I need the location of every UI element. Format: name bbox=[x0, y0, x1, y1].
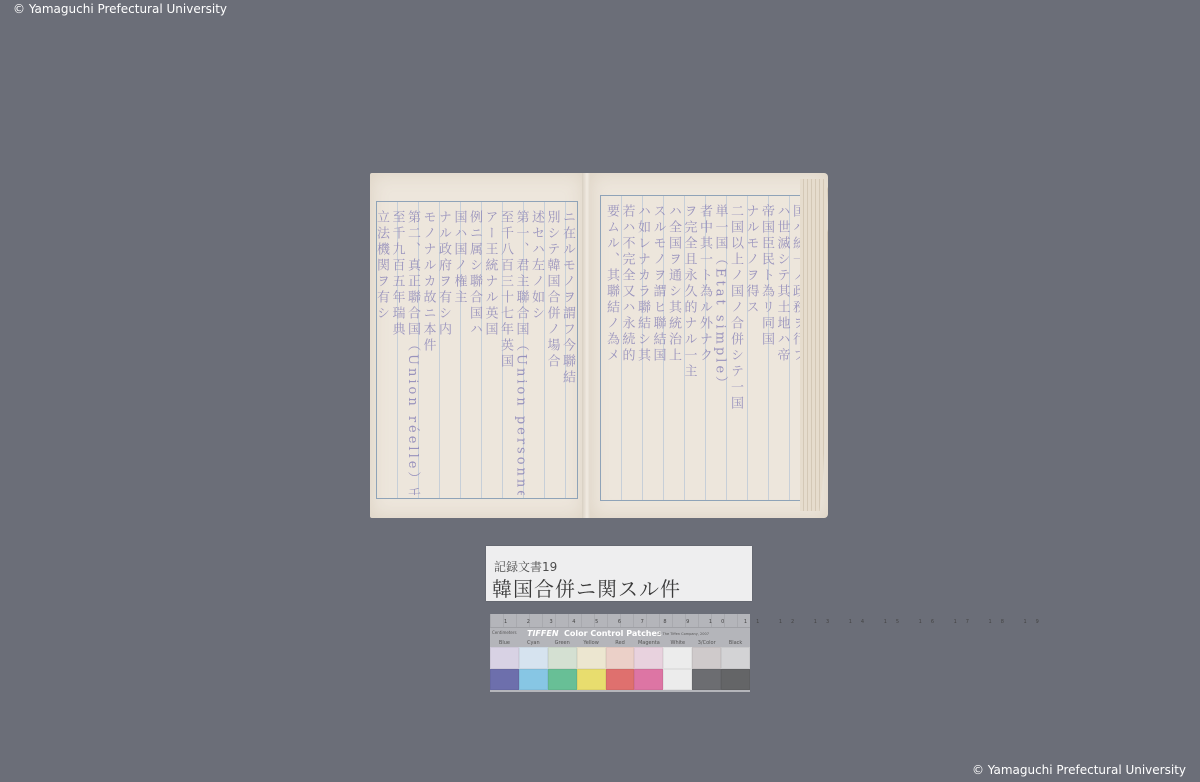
color-patch-blue bbox=[490, 647, 519, 669]
patch-name: Yellow bbox=[577, 640, 606, 647]
color-patch-3-color bbox=[692, 647, 721, 669]
patch-name: Red bbox=[606, 640, 635, 647]
copyright-credit-bottom: © Yamaguchi Prefectural University bbox=[972, 763, 1186, 777]
color-patch-green bbox=[548, 647, 577, 669]
color-patch-magenta bbox=[634, 647, 663, 669]
color-patch-yellow bbox=[577, 669, 606, 691]
patch-name: Magenta bbox=[634, 640, 663, 647]
chart-header: Centimeters TIFFEN Color Control Patches… bbox=[490, 628, 750, 640]
color-patch-red bbox=[606, 669, 635, 691]
color-control-patches: 1 2 3 4 5 6 7 8 9 10 11 12 13 14 15 16 1… bbox=[490, 614, 750, 692]
chart-name: Color Control Patches bbox=[564, 629, 662, 638]
right-page-ruled-grid: 国ハ統一ノ政務ヲ行フハ世滅シテ其土地ハ帝帝国臣民ト為リ同国ナルモノヲ得ス二国以上… bbox=[600, 195, 808, 501]
color-patch-green bbox=[548, 669, 577, 691]
label-title: 韓国合併ニ関スル件 bbox=[492, 573, 681, 602]
color-patch-3-color bbox=[692, 669, 721, 691]
color-patch-black bbox=[721, 647, 750, 669]
patch-name: White bbox=[663, 640, 692, 647]
copyright-credit-top: © Yamaguchi Prefectural University bbox=[13, 2, 227, 16]
right-page: 国ハ統一ノ政務ヲ行フハ世滅シテ其土地ハ帝帝国臣民ト為リ同国ナルモノヲ得ス二国以上… bbox=[590, 173, 828, 518]
centimeter-ruler: 1 2 3 4 5 6 7 8 9 10 11 12 13 14 15 16 1… bbox=[490, 614, 750, 628]
color-patch-cyan bbox=[519, 669, 548, 691]
patch-grid bbox=[490, 647, 750, 690]
patch-names: BlueCyanGreenYellowRedMagentaWhite3/Colo… bbox=[490, 640, 750, 647]
ruler-numbers: 1 2 3 4 5 6 7 8 9 10 11 12 13 14 15 16 1… bbox=[504, 619, 1048, 625]
left-page-ruled-grid: ニ在ルモノヲ謂フ今聯結別シテ韓国合併ノ場合述セハ左ノ如シ第一、君主聯合国（Uni… bbox=[376, 201, 578, 499]
color-patch-red bbox=[606, 647, 635, 669]
manuscript-column: 立法機関ヲ有シ bbox=[372, 210, 391, 495]
chart-copyright: © The Tiffen Company, 2007 bbox=[658, 632, 709, 636]
patch-name: Green bbox=[548, 640, 577, 647]
color-patch-white bbox=[663, 669, 692, 691]
patch-name: Cyan bbox=[519, 640, 548, 647]
brand-logo: TIFFEN bbox=[527, 629, 559, 638]
catalog-label: 記録文書19 韓国合併ニ関スル件 bbox=[486, 546, 752, 601]
color-patch-yellow bbox=[577, 647, 606, 669]
color-patch-blue bbox=[490, 669, 519, 691]
patch-name: Blue bbox=[490, 640, 519, 647]
patch-name: Black bbox=[721, 640, 750, 647]
ruler-label: Centimeters bbox=[492, 630, 517, 635]
color-patch-white bbox=[663, 647, 692, 669]
manuscript-booklet: ニ在ルモノヲ謂フ今聯結別シテ韓国合併ノ場合述セハ左ノ如シ第一、君主聯合国（Uni… bbox=[370, 173, 840, 518]
manuscript-column: 要ムル、其聯結ノ為メ bbox=[602, 204, 621, 489]
patch-name: 3/Color bbox=[692, 640, 721, 647]
left-page: ニ在ルモノヲ謂フ今聯結別シテ韓国合併ノ場合述セハ左ノ如シ第一、君主聯合国（Uni… bbox=[370, 173, 584, 518]
color-patch-black bbox=[721, 669, 750, 691]
color-patch-cyan bbox=[519, 647, 548, 669]
color-patch-magenta bbox=[634, 669, 663, 691]
